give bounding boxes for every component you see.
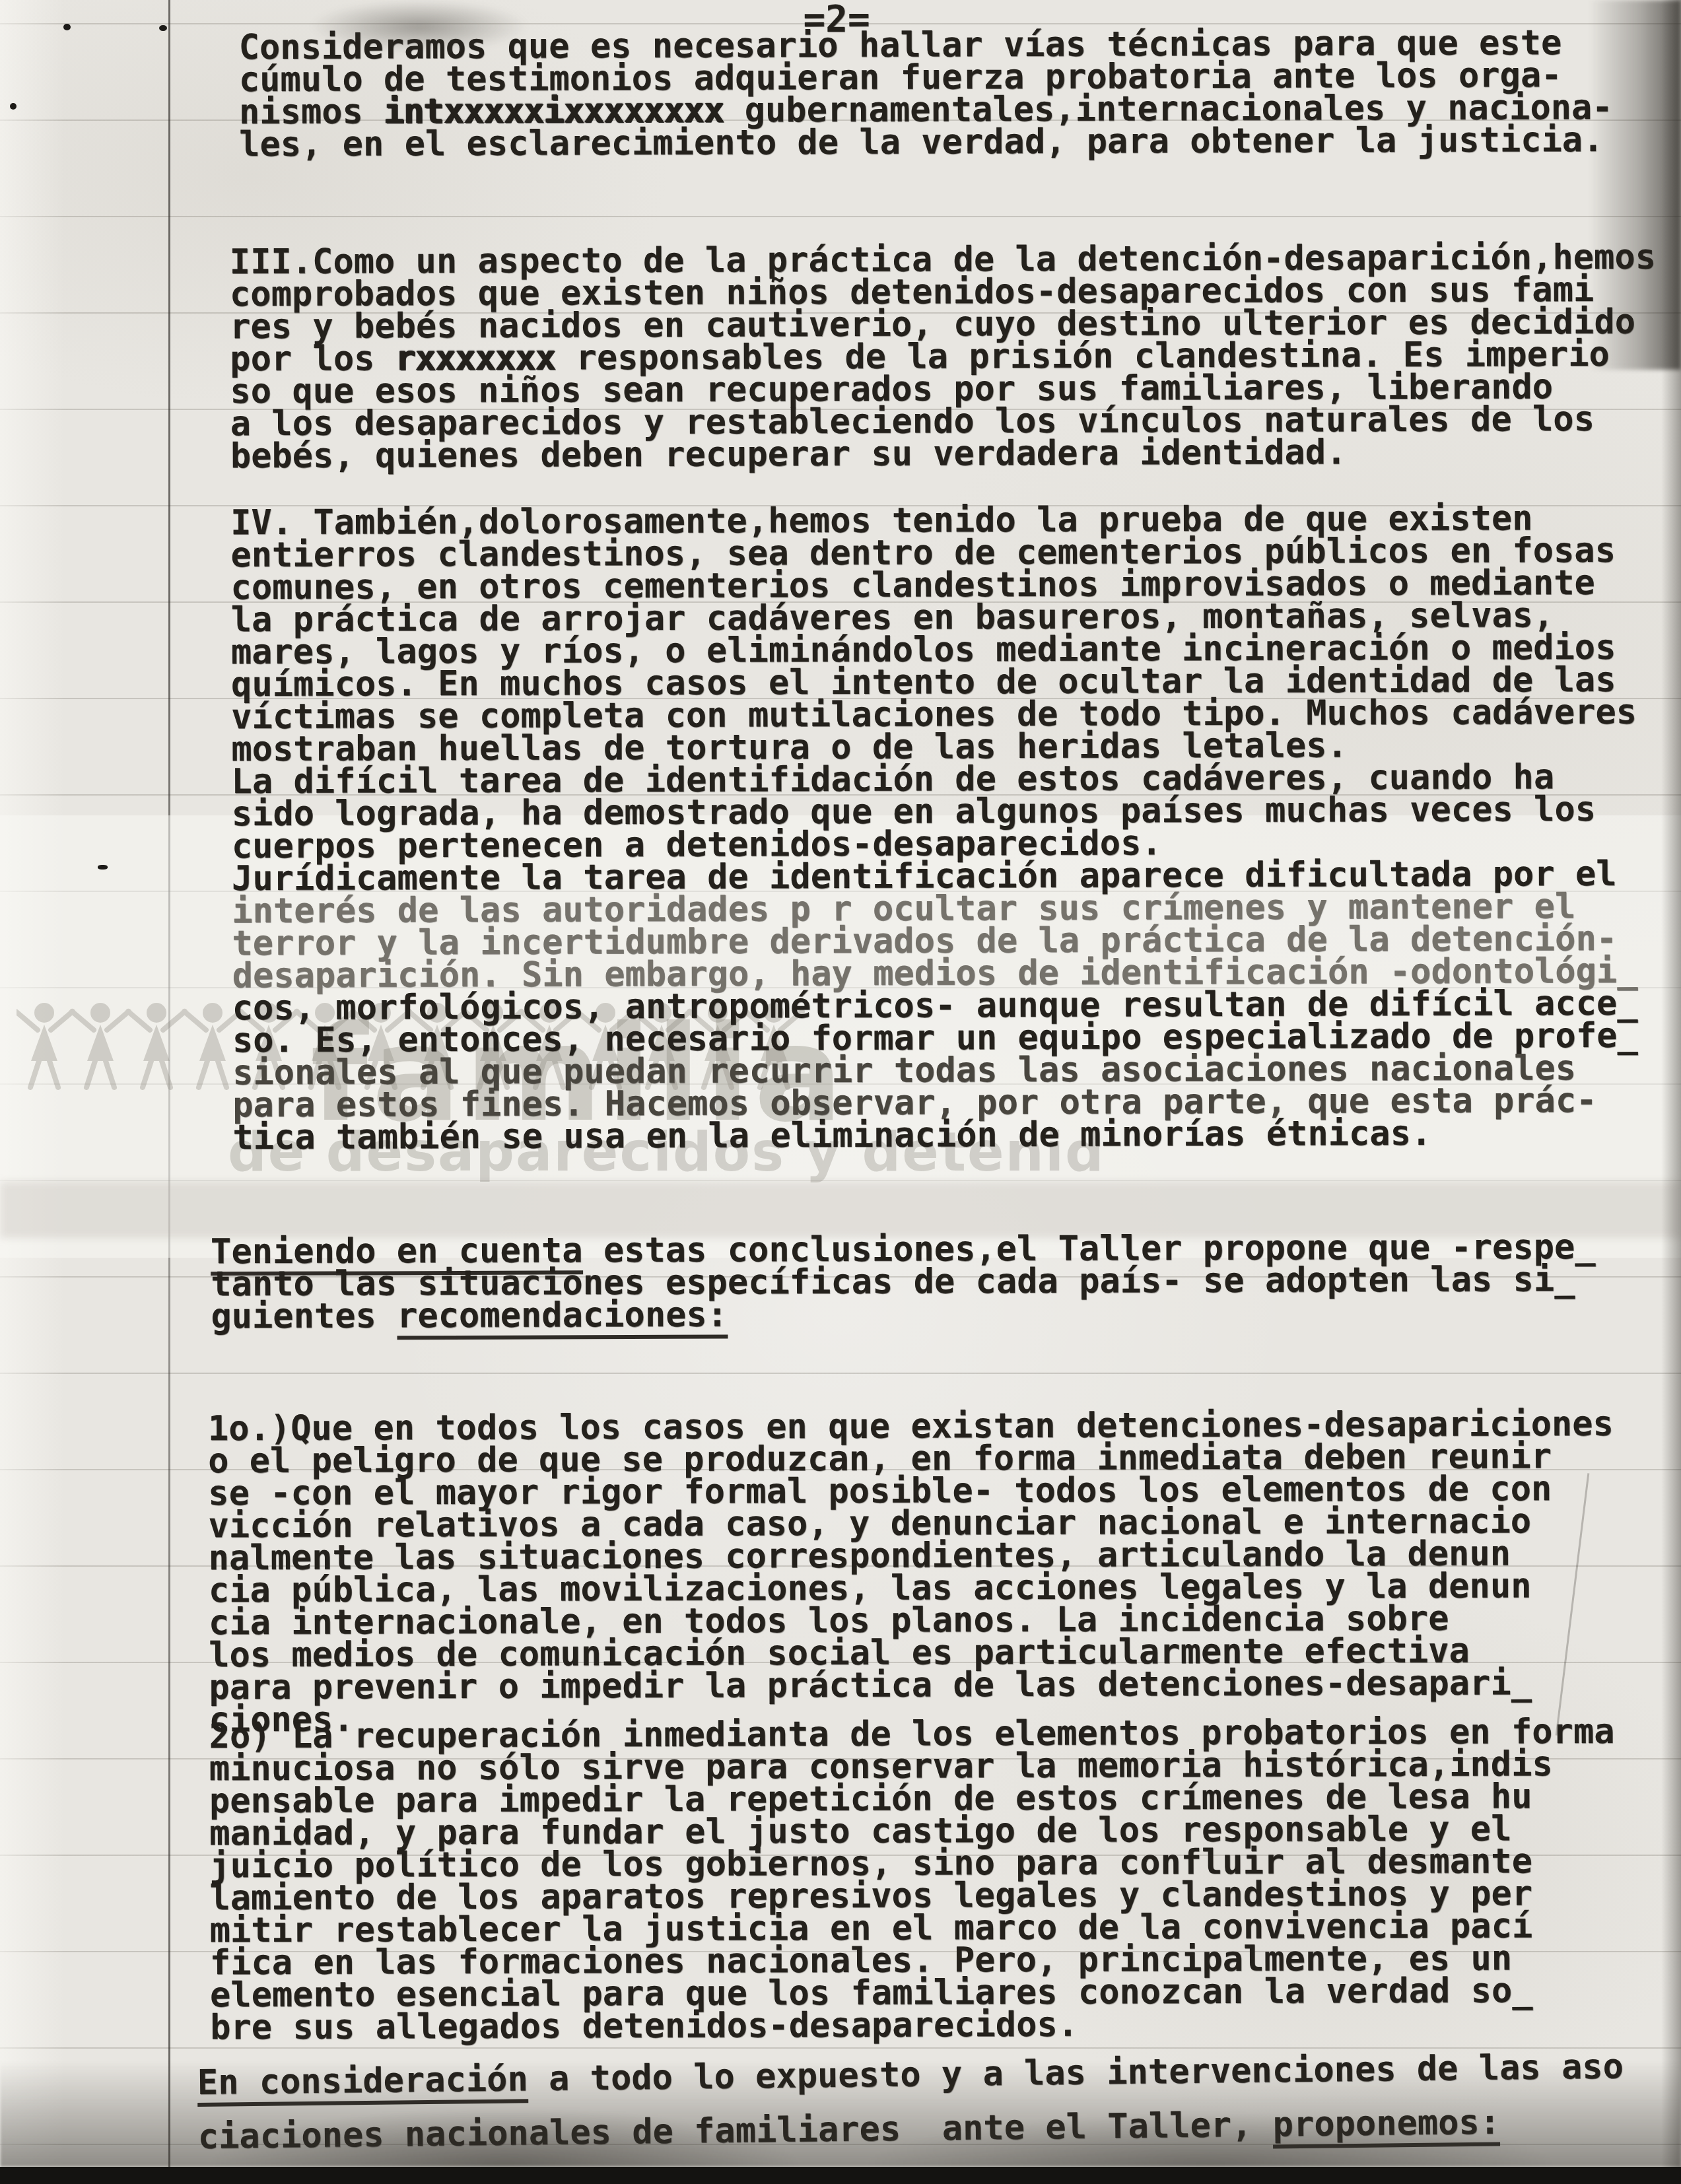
document-page: familia de desaparecidos y detenid =2= C… <box>0 0 1681 2184</box>
scan-edge-bar <box>0 2167 1681 2184</box>
ink-speck <box>63 24 71 30</box>
paragraph-iii: III.Como un aspecto de la práctica de la… <box>230 242 1657 473</box>
text-line: bebés, quienes deben recuperar su verdad… <box>230 436 1657 473</box>
text-line: tanto las situaciones específicas de cad… <box>211 1264 1596 1301</box>
recommendation-2: 2o) La recuperación inmedianta de los el… <box>209 1716 1616 2044</box>
underlined-text: recomendaciones: <box>397 1295 728 1340</box>
text-line: tica también se usa en la eliminación de… <box>232 1117 1638 1154</box>
text-line: bre sus allegados detenidos-desaparecido… <box>297 2007 1616 2044</box>
typewritten-text-layer: =2= Consideramos que es necesario hallar… <box>0 0 1681 2184</box>
scan-edge-grain-bottom <box>0 2061 1681 2167</box>
text-segment: guientes <box>211 1296 397 1336</box>
recommendation-1: 1o.)Que en todos los casos en que exista… <box>208 1408 1615 1736</box>
text-line: para prevenir o impedir la práctica de l… <box>296 1667 1614 1704</box>
ink-speck <box>159 25 167 31</box>
text-line: les, en el esclarecimiento de la verdad,… <box>239 124 1613 161</box>
ink-smudge <box>310 0 528 53</box>
ink-speck <box>10 103 17 110</box>
paragraph-teniendo: Teniendo en cuenta estas conclusiones,el… <box>211 1231 1596 1333</box>
ink-speck <box>98 865 108 870</box>
scan-edge-right <box>1661 0 1681 2184</box>
paragraph-iv: IV. También,dolorosamente,hemos tenido l… <box>230 502 1638 1154</box>
